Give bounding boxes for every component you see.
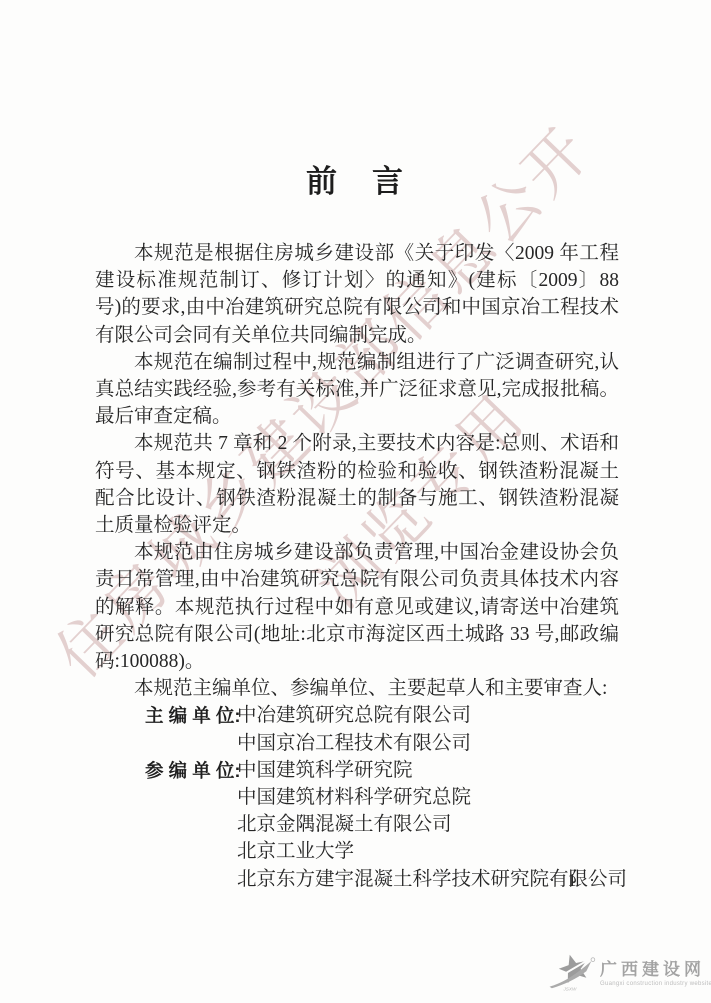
preface-body: 本规范是根据住房城乡建设部《关于印发〈2009 年工程建设标准规范制订、修订计划… bbox=[95, 240, 619, 893]
paragraph: 本规范在编制过程中,规范编制组进行了广泛调查研究,认真总结实践经验,参考有关标准… bbox=[95, 349, 619, 431]
site-tagline: Guangxi construction industry website bbox=[600, 981, 711, 987]
unit-value: 中国京冶工程技术有限公司 bbox=[237, 733, 471, 754]
unit-value: 北京金隅混凝土有限公司 bbox=[237, 814, 452, 835]
site-logo: JSXW 广西建设网 Guangxi construction industry… bbox=[548, 948, 708, 1000]
unit-row: 北京工业大学 bbox=[95, 838, 619, 865]
paragraph: 本规范主编单位、参编单位、主要起草人和主要审查人: bbox=[95, 675, 619, 702]
unit-row-participating-editor: 参 编 单 位:中国建筑科学研究院 bbox=[95, 757, 619, 784]
unit-label: 主 编 单 位: bbox=[145, 702, 237, 729]
unit-row: 北京金隅混凝土有限公司 bbox=[95, 811, 619, 838]
unit-value: 中冶建筑研究总院有限公司 bbox=[237, 705, 471, 726]
page-title: 前 言 bbox=[0, 156, 711, 201]
scanned-document-page: 住房城乡建设部信息公开 浏览专用 前 言 本规范是根据住房城乡建设部《关于印发〈… bbox=[0, 0, 711, 1003]
unit-row-chief-editor: 主 编 单 位:中冶建筑研究总院有限公司 bbox=[95, 702, 619, 729]
unit-value: 中国建筑科学研究院 bbox=[237, 760, 413, 781]
paragraph: 本规范是根据住房城乡建设部《关于印发〈2009 年工程建设标准规范制订、修订计划… bbox=[95, 240, 619, 349]
unit-row: 中国京冶工程技术有限公司 bbox=[95, 730, 619, 757]
unit-value: 中国建筑材料科学研究总院 bbox=[237, 787, 471, 808]
unit-label: 参 编 单 位: bbox=[145, 757, 237, 784]
paragraph: 本规范共 7 章和 2 个附录,主要技术内容是:总则、术语和符号、基本规定、钢铁… bbox=[95, 430, 619, 539]
paragraph: 本规范由住房城乡建设部负责管理,中国冶金建设协会负责日常管理,由中冶建筑研究总院… bbox=[95, 539, 619, 675]
star-swoosh-icon: JSXW bbox=[548, 950, 596, 999]
svg-text:JSXW: JSXW bbox=[562, 986, 576, 991]
page-number: · 1 · bbox=[549, 870, 599, 891]
unit-value: 北京工业大学 bbox=[237, 841, 354, 862]
unit-row: 中国建筑材料科学研究总院 bbox=[95, 784, 619, 811]
site-name: 广西建设网 bbox=[600, 961, 711, 978]
unit-row: 北京东方建宇混凝土科学技术研究院有限公司 bbox=[95, 866, 619, 893]
